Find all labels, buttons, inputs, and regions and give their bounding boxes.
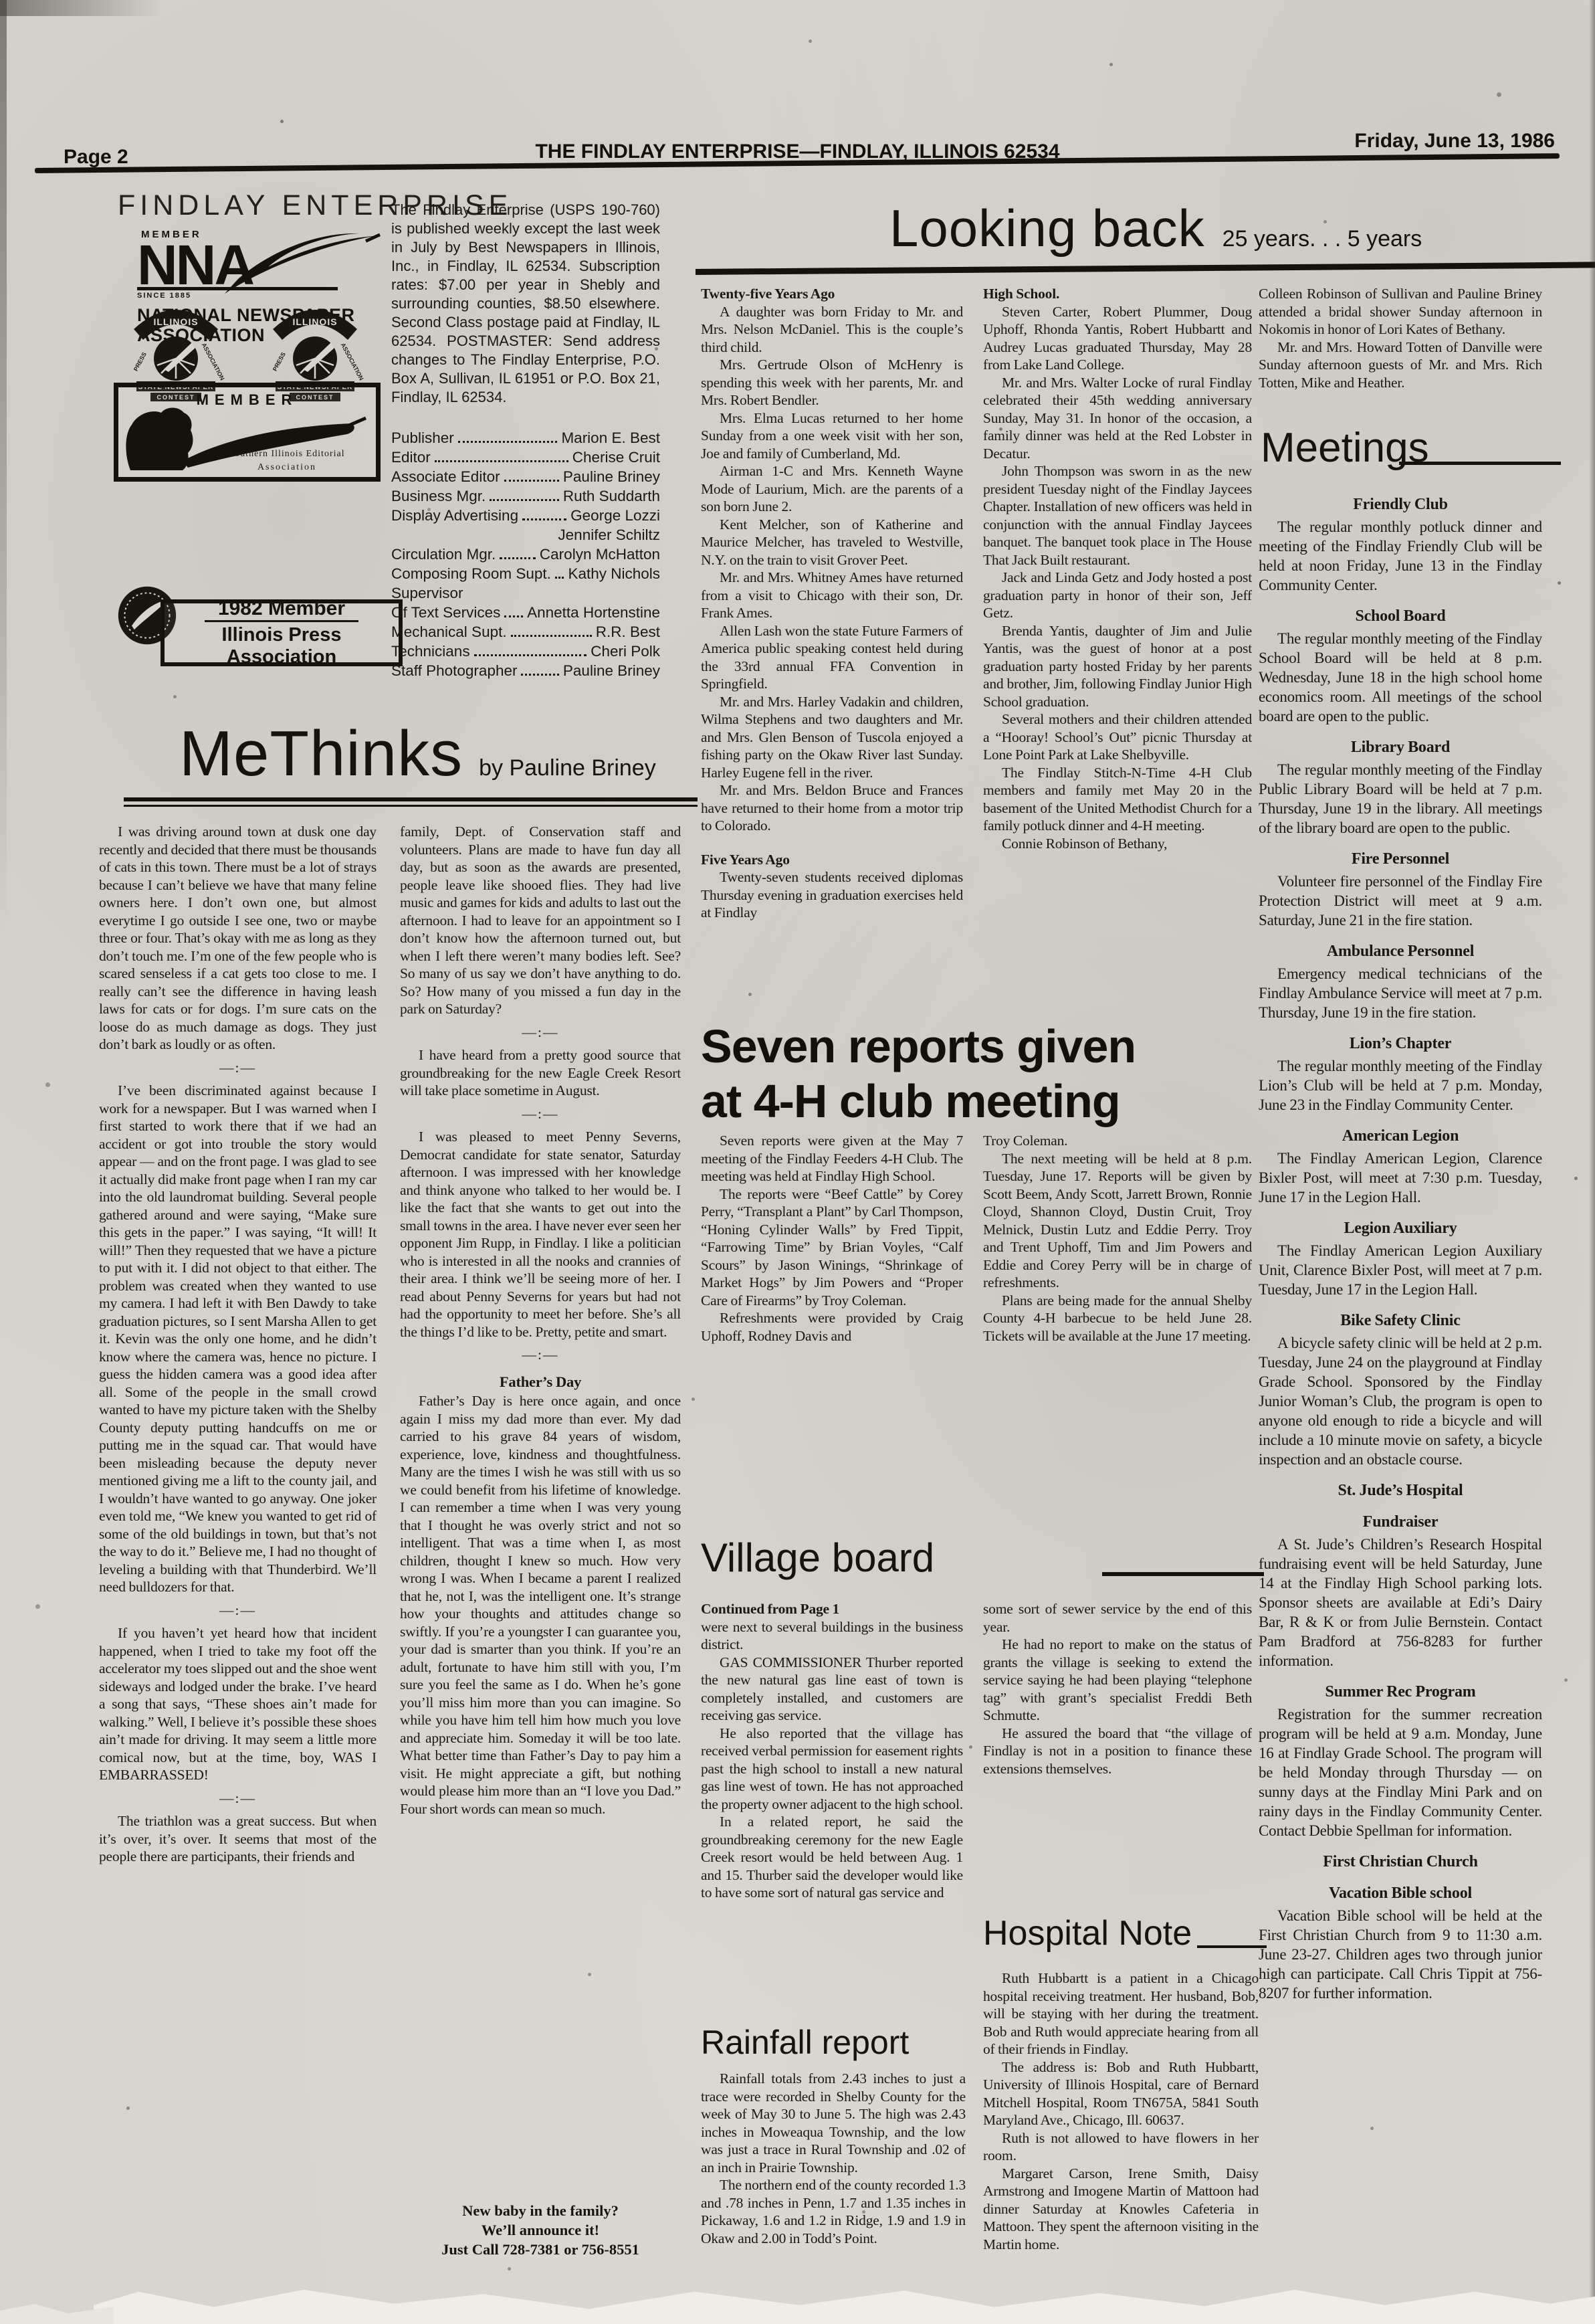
paragraph: Mr. and Mrs. Walter Locke of rural Findl… xyxy=(983,374,1252,463)
paragraph: Several mothers and their children atten… xyxy=(983,710,1252,764)
separator: —:— xyxy=(400,1346,681,1364)
publication-statement: The Findlay Enterprise (USPS 190-760) is… xyxy=(391,201,660,407)
meetings-rule xyxy=(1399,462,1561,465)
village-board-col1: Continued from Page 1were next to severa… xyxy=(701,1600,963,2008)
paragraph: A bicycle safety clinic will be held at … xyxy=(1259,1333,1542,1469)
sub-heading: Fire Personnel xyxy=(1259,850,1542,869)
staff-row: Circulation Mgr.Carolyn McHatton xyxy=(391,545,660,564)
paragraph: Mr. and Mrs. Whitney Ames have returned … xyxy=(701,569,963,622)
paragraph: Mr. and Mrs. Beldon Bruce and Frances ha… xyxy=(701,781,963,835)
svg-text:ILLINOIS: ILLINOIS xyxy=(292,316,337,327)
sub-heading: Summer Rec Program xyxy=(1259,1682,1542,1702)
paragraph: The regular monthly potluck dinner and m… xyxy=(1259,517,1542,595)
rainfall-heading: Rainfall report xyxy=(701,2023,909,2062)
paragraph: I’ve been discriminated against because … xyxy=(99,1082,377,1596)
methinks-heading: MeThinks by Pauline Briney xyxy=(179,717,656,791)
sub-heading: Friendly Club xyxy=(1259,495,1542,514)
looking-back-col3: Colleen Robinson of Sullivan and Pauline… xyxy=(1259,285,1542,421)
paragraph: He had no report to make on the status o… xyxy=(983,1636,1252,1725)
looking-back-rule xyxy=(696,262,1595,275)
paragraph: Ruth is not allowed to have flowers in h… xyxy=(983,2129,1259,2165)
staff-row: Display AdvertisingGeorge Lozzi xyxy=(391,506,660,525)
paragraph: Ruth Hubbartt is a patient in a Chicago … xyxy=(983,1969,1259,2058)
methinks-col2: family, Dept. of Conservation staff and … xyxy=(400,823,681,2188)
methinks-double-rule xyxy=(124,797,698,807)
editorial-association-box: MEMBER Southern Illinois Editorial Assoc… xyxy=(114,383,381,482)
sub-heading: Library Board xyxy=(1259,738,1542,757)
association-line2: Association xyxy=(203,462,370,473)
sub-heading: Father’s Day xyxy=(400,1373,681,1391)
paragraph: Margaret Carson, Irene Smith, Daisy Arms… xyxy=(983,2165,1259,2254)
quill-icon xyxy=(183,423,354,468)
paragraph: Plans are being made for the annual Shel… xyxy=(983,1292,1252,1345)
paragraph: Mrs. Gertrude Olson of McHenry is spendi… xyxy=(701,356,963,409)
sub-heading: Twenty-five Years Ago xyxy=(701,285,963,303)
paragraph: The regular monthly meeting of the Findl… xyxy=(1259,760,1542,838)
four-h-col1: Seven reports were given at the May 7 me… xyxy=(701,1132,963,1533)
four-h-headline: Seven reports given at 4-H club meeting xyxy=(701,1019,1136,1129)
svg-text:PRESS: PRESS xyxy=(272,351,287,373)
quill-icon xyxy=(217,232,385,296)
separator: —:— xyxy=(99,1059,377,1077)
staff-row: EditorCherise Cruit xyxy=(391,448,660,467)
methinks-col1: I was driving around town at dusk one da… xyxy=(99,823,377,2268)
separator: —:— xyxy=(400,1105,681,1123)
paragraph: He assured the board that “the village o… xyxy=(983,1725,1252,1778)
staff-row: Business Mgr.Ruth Suddarth xyxy=(391,486,660,506)
paragraph: Steven Carter, Robert Plummer, Doug Upho… xyxy=(983,303,1252,374)
paragraph: GAS COMMISSIONER Thurber reported the ne… xyxy=(701,1654,963,1725)
paragraph: I was pleased to meet Penny Severns, Dem… xyxy=(400,1128,681,1341)
paragraph: family, Dept. of Conservation staff and … xyxy=(400,823,681,1018)
looking-back-heading: Looking back 25 years. . . 5 years xyxy=(889,198,1422,259)
svg-text:ASSOCIATION: ASSOCIATION xyxy=(201,342,226,381)
paragraph: Mrs. Elma Lucas returned to her home Sun… xyxy=(701,409,963,463)
staff-list: PublisherMarion E. BestEditorCherise Cru… xyxy=(391,428,660,680)
association-line1: Southern Illinois Editorial xyxy=(203,449,370,460)
paragraph: I have heard from a pretty good source t… xyxy=(400,1046,681,1100)
paragraph: Vacation Bible school will be held at th… xyxy=(1259,1906,1542,2003)
headline-line1: Seven reports given xyxy=(701,1019,1136,1074)
hospital-note-heading: Hospital Note xyxy=(983,1913,1192,1953)
paragraph: Father’s Day is here once again, and onc… xyxy=(400,1392,681,1818)
svg-text:PRESS: PRESS xyxy=(132,351,148,373)
paragraph: Connie Robinson of Bethany, xyxy=(983,835,1252,853)
sub-heading: Vacation Bible school xyxy=(1259,1884,1542,1903)
sub-heading: Five Years Ago xyxy=(701,851,963,869)
paragraph: I was driving around town at dusk one da… xyxy=(99,823,377,1054)
paragraph: The reports were “Beef Cattle” by Corey … xyxy=(701,1185,963,1310)
announce-line3: Just Call 728-7381 or 756-8551 xyxy=(400,2240,681,2259)
paragraph: The regular monthly meeting of the Findl… xyxy=(1259,1056,1542,1115)
looking-back-col2: High School.Steven Carter, Robert Plumme… xyxy=(983,285,1252,1037)
svg-text:ILLINOIS: ILLINOIS xyxy=(153,316,198,327)
baby-announcement: New baby in the family? We’ll announce i… xyxy=(400,2201,681,2259)
sub-heading: Continued from Page 1 xyxy=(701,1600,963,1618)
announce-line1: New baby in the family? xyxy=(400,2201,681,2220)
looking-back-title: Looking back xyxy=(889,198,1205,259)
paragraph: If you haven’t yet heard how that incide… xyxy=(99,1624,377,1784)
paragraph: Volunteer fire personnel of the Findlay … xyxy=(1259,872,1542,930)
paragraph: Rainfall totals from 2.43 inches to just… xyxy=(701,2070,966,2176)
hospital-note-column: Ruth Hubbartt is a patient in a Chicago … xyxy=(983,1969,1259,2284)
paragraph: John Thompson was sworn in as the new pr… xyxy=(983,462,1252,569)
ipa-1982-box: 1982 Member Illinois Press Association xyxy=(161,599,403,666)
paragraph: Mr. and Mrs. Howard Totten of Danville w… xyxy=(1259,338,1542,392)
meetings-column: Friendly ClubThe regular monthly potluck… xyxy=(1259,483,1542,2276)
publication-info-column: The Findlay Enterprise (USPS 190-760) is… xyxy=(391,201,660,680)
paragraph: Seven reports were given at the May 7 me… xyxy=(701,1132,963,1185)
paragraph: Allen Lash won the state Future Farmers … xyxy=(701,622,963,693)
torn-paper-corner xyxy=(0,2299,114,2324)
paragraph: The northern end of the county recorded … xyxy=(701,2176,966,2247)
paragraph: He also reported that the village has re… xyxy=(701,1725,963,1814)
scan-speckles xyxy=(0,0,2,2)
hospital-note-rule xyxy=(1197,1945,1267,1948)
sub-heading: Legion Auxiliary xyxy=(1259,1219,1542,1238)
rainfall-column: Rainfall totals from 2.43 inches to just… xyxy=(701,2070,966,2291)
paragraph: Registration for the summer recreation p… xyxy=(1259,1705,1542,1840)
sub-heading: Lion’s Chapter xyxy=(1259,1034,1542,1054)
ipa-name: Illinois Press Association xyxy=(165,624,399,668)
staff-row: PublisherMarion E. Best xyxy=(391,428,660,448)
paragraph: A daughter was born Friday to Mr. and Mr… xyxy=(701,303,963,357)
separator: —:— xyxy=(99,1602,377,1620)
paragraph: Kent Melcher, son of Katherine and Mauri… xyxy=(701,516,963,569)
paragraph: Airman 1-C and Mrs. Kenneth Wayne Mode o… xyxy=(701,462,963,516)
paragraph: The triathlon was a great success. But w… xyxy=(99,1812,377,1866)
village-board-heading: Village board xyxy=(701,1535,934,1581)
paragraph: Brenda Yantis, daughter of Jim and Julie… xyxy=(983,622,1252,711)
paragraph: The Findlay Stitch-N-Time 4-H Club membe… xyxy=(983,764,1252,835)
staff-row: Jennifer Schiltz xyxy=(391,525,660,545)
paragraph: The regular monthly meeting of the Findl… xyxy=(1259,629,1542,726)
sub-heading: Ambulance Personnel xyxy=(1259,942,1542,961)
paragraph: Colleen Robinson of Sullivan and Pauline… xyxy=(1259,285,1542,338)
paragraph: The next meeting will be held at 8 p.m. … xyxy=(983,1150,1252,1292)
scan-edge-right xyxy=(1589,0,1595,2324)
paragraph: Refreshments were provided by Craig Upho… xyxy=(701,1309,963,1345)
staff-row: TechniciansCheri Polk xyxy=(391,642,660,661)
staff-row: Staff PhotographerPauline Briney xyxy=(391,661,660,680)
paragraph: A St. Jude’s Children’s Research Hospita… xyxy=(1259,1535,1542,1670)
paragraph: Jack and Linda Getz and Jody hosted a po… xyxy=(983,569,1252,622)
sub-heading: High School. xyxy=(983,285,1252,303)
paragraph: Mr. and Mrs. Harley Vadakin and children… xyxy=(701,693,963,782)
paragraph: In a related report, he said the groundb… xyxy=(701,1813,963,1902)
issue-date: Friday, June 13, 1986 xyxy=(1354,130,1555,153)
sub-heading: Bike Safety Clinic xyxy=(1259,1311,1542,1331)
staff-row: Of Text ServicesAnnetta Hortenstine xyxy=(391,603,660,622)
sub-heading: First Christian Church xyxy=(1259,1852,1542,1872)
four-h-col2: Troy Coleman.The next meeting will be he… xyxy=(983,1132,1252,1533)
looking-back-subtitle: 25 years. . . 5 years xyxy=(1222,226,1422,252)
village-board-col2: some sort of sewer service by the end of… xyxy=(983,1600,1252,1901)
paragraph: The Findlay American Legion, Clarence Bi… xyxy=(1259,1149,1542,1207)
svg-text:ASSOCIATION: ASSOCIATION xyxy=(340,342,365,381)
staff-row: Composing Room Supt.Kathy Nichols xyxy=(391,564,660,583)
separator: —:— xyxy=(99,1789,377,1808)
scan-corner-smudge xyxy=(0,0,161,16)
methinks-title: MeThinks xyxy=(179,717,463,791)
ipa-year-member: 1982 Member xyxy=(205,597,358,622)
staff-row: Supervisor xyxy=(391,583,660,603)
paragraph: Emergency medical technicians of the Fin… xyxy=(1259,964,1542,1022)
paragraph: The address is: Bob and Ruth Hubbartt, U… xyxy=(983,2058,1259,2129)
staff-row: Associate EditorPauline Briney xyxy=(391,467,660,486)
newspaper-page: Page 2 THE FINDLAY ENTERPRISE—FINDLAY, I… xyxy=(0,0,1595,2324)
village-board-rule xyxy=(1102,1572,1264,1576)
headline-line2: at 4-H club meeting xyxy=(701,1074,1136,1129)
sub-heading: School Board xyxy=(1259,607,1542,626)
paragraph: Twenty-seven students received diplomas … xyxy=(701,868,963,922)
methinks-byline: by Pauline Briney xyxy=(479,755,656,781)
staff-row: Mechanical Supt.R.R. Best xyxy=(391,622,660,642)
looking-back-col1: Twenty-five Years AgoA daughter was born… xyxy=(701,285,963,1037)
announce-line2: We’ll announce it! xyxy=(400,2220,681,2240)
paragraph: some sort of sewer service by the end of… xyxy=(983,1600,1252,1636)
paragraph: The Findlay American Legion Auxiliary Un… xyxy=(1259,1241,1542,1299)
paragraph: were next to several buildings in the bu… xyxy=(701,1618,963,1654)
nna-acronym: NNA xyxy=(137,240,378,290)
sub-heading: Fundraiser xyxy=(1259,1513,1542,1532)
sub-heading: American Legion xyxy=(1259,1127,1542,1146)
scan-edge-left xyxy=(0,0,7,937)
sub-heading: St. Jude’s Hospital xyxy=(1259,1481,1542,1500)
paragraph: Troy Coleman. xyxy=(983,1132,1252,1150)
separator: —:— xyxy=(400,1024,681,1042)
